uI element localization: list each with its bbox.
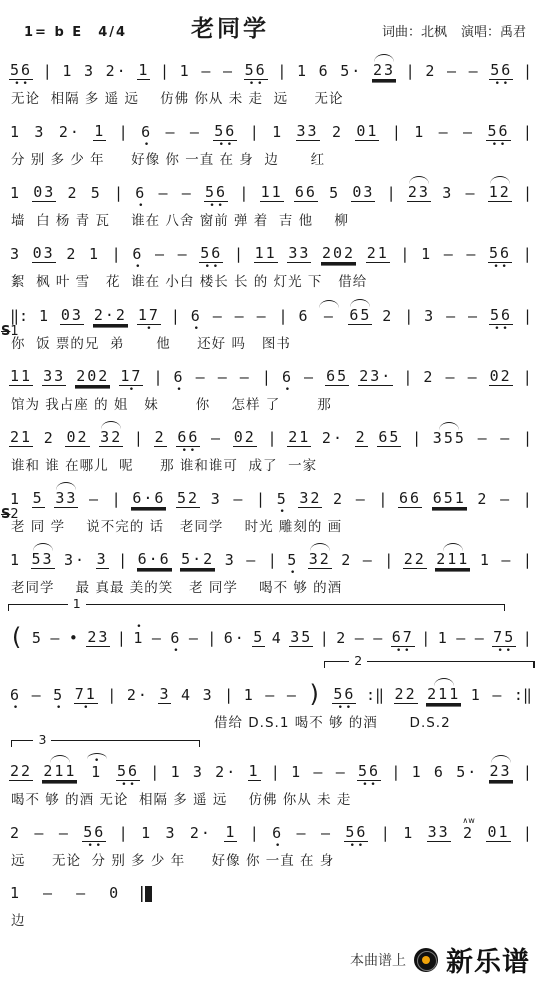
notation-line: 1533—|6·6523—|5•322—|666512—| <box>9 479 533 517</box>
note-token: 3 <box>224 541 237 578</box>
note-token: 6• <box>134 174 147 211</box>
volta-label: 3 <box>33 733 51 746</box>
system-3: 10325|6•——56• •|1166503|233—12|墙 白 杨 青 瓦… <box>0 173 540 232</box>
note-token: — <box>245 541 258 578</box>
note-token: — <box>467 297 480 334</box>
system-7: 2120232|266• •—02|212·265|355——|谁和 谁 在哪儿… <box>0 418 540 477</box>
note-token: — <box>362 541 375 578</box>
note-token: ∧w2 <box>462 814 475 851</box>
barline: | <box>522 358 533 395</box>
note-token: 2· <box>321 419 345 456</box>
volta-bracket-1: 1 <box>8 604 505 614</box>
lyric-line: 絮 枫 叶 雪 花 谁在 小白 楼长 长 的 灯光 下 借给 <box>9 272 533 293</box>
note-token: 32 <box>99 418 123 456</box>
note-token: 211 <box>426 675 461 713</box>
note-token: 4 <box>271 619 284 656</box>
note-token: 5• <box>286 541 299 578</box>
note-token: 3 <box>192 753 205 790</box>
note-token: 1 <box>271 113 284 150</box>
note-token: 02 <box>489 357 513 395</box>
segno-icon: S <box>1 324 10 339</box>
note-token: — <box>188 619 201 656</box>
barline: | <box>261 358 272 395</box>
notation-line: (5—•23|•1—6•—|6·5435|2——67• •|1——75• •| <box>9 616 533 656</box>
barline: | <box>522 753 533 790</box>
note-token: 23 <box>489 752 513 790</box>
barline: | <box>402 358 413 395</box>
note-token: 33 <box>427 813 451 851</box>
note-token: 33 <box>287 234 311 272</box>
notation-line: 2——56• •|132·1|6•——56• •|133∧w201| <box>9 813 533 851</box>
note-token: 6• <box>173 358 186 395</box>
note-token: 01 <box>486 813 510 851</box>
lyric-line: 馆为 我占座 的 姐 妹 你 怎样 了 那 <box>9 395 533 416</box>
note-token: 2 <box>331 113 344 150</box>
note-token: 1 <box>411 753 424 790</box>
note-token: 1 <box>479 541 492 578</box>
note-token: 6• <box>140 113 153 150</box>
barline: | <box>118 113 129 150</box>
note-token: •1 <box>87 753 107 790</box>
note-token: 355 <box>432 419 467 456</box>
volta-bracket-3: 3 <box>11 740 200 750</box>
notation-line: 6•—5•71•|2·343|1——)56• •:‖222111—:‖ <box>9 673 533 713</box>
note-token: 11 <box>260 173 284 211</box>
note-token: 2 <box>65 235 78 272</box>
note-token: 6· <box>223 619 247 656</box>
barline: | <box>319 619 330 656</box>
note-token: 53 <box>31 540 55 578</box>
note-token: — <box>468 52 481 89</box>
barline: :‖ <box>513 676 533 713</box>
notation-line: 30321|6•——56• •|113320221|1——56• •| <box>9 234 533 272</box>
note-token: — <box>319 297 339 334</box>
note-token: 56• • <box>244 51 268 89</box>
note-token: 56• • <box>199 234 223 272</box>
note-token: — <box>296 814 309 851</box>
note-token: — <box>195 358 208 395</box>
note-token: 6·6 <box>131 479 166 517</box>
segno-marker: S2 <box>1 507 19 522</box>
barline: | <box>133 419 144 456</box>
note-token: 56• • <box>204 173 228 211</box>
note-token: 6 <box>433 753 446 790</box>
note-token: 56• • <box>116 752 140 790</box>
barline: | <box>411 419 422 456</box>
barline: | <box>206 619 217 656</box>
note-token: — <box>58 814 71 851</box>
note-token: 11 <box>9 357 33 395</box>
note-token: 6• <box>131 235 144 272</box>
barline: | <box>255 480 266 517</box>
barline: | <box>266 419 277 456</box>
note-token: — <box>31 676 44 713</box>
note-token: — <box>158 174 171 211</box>
barline: | <box>278 297 289 334</box>
note-token: 65 <box>377 418 401 456</box>
system-1: 56• •|132·1|1——56• •|165·23|2——56• •|无论 … <box>0 51 540 110</box>
note-token: 5 <box>90 174 103 211</box>
note-token: 02 <box>233 418 257 456</box>
barline: | <box>386 174 397 211</box>
lyric-line: 老 同 学 说不完的 话 老同学 时光 雕刻的 画 <box>9 517 533 538</box>
note-token: — <box>445 358 458 395</box>
note-token: 1 <box>402 814 415 851</box>
note-token: — <box>499 419 512 456</box>
barline: | <box>405 52 416 89</box>
note-token: 6• <box>271 814 284 851</box>
barline: | <box>106 676 117 713</box>
note-token: 1 <box>470 676 483 713</box>
system-2: 132·1|6•——56• •|133201|1——56• •|分 别 多 少 … <box>0 112 540 171</box>
barline: | <box>522 235 533 272</box>
system-5: S1‖:1032·217•|6•———|6—652|3——56• •|你 饭 票… <box>0 296 540 355</box>
note-token: 2· <box>214 753 238 790</box>
note-token: ( <box>9 616 25 656</box>
barline: | <box>149 753 160 790</box>
notation-line: 1——0 <box>9 874 533 911</box>
singer-credit: 演唱：禹君 <box>461 21 526 40</box>
note-token: 1 <box>179 52 192 89</box>
barline: | <box>522 619 533 656</box>
barline: | <box>522 419 533 456</box>
barline: | <box>170 297 181 334</box>
note-token: — <box>189 113 202 150</box>
system-4: 30321|6•——56• •|113320221|1——56• •|絮 枫 叶… <box>0 234 540 293</box>
barline: | <box>420 619 431 656</box>
barline: | <box>522 480 533 517</box>
note-token: 2· <box>189 814 213 851</box>
note-token: — <box>210 419 223 456</box>
note-token: — <box>443 235 456 272</box>
note-token: — <box>286 676 299 713</box>
lyric-line: 边 <box>9 911 533 932</box>
lyric-line: 分 别 多 少 年 好像 你 一直 在 身 边 红 <box>9 150 533 171</box>
note-token: 1 <box>420 235 433 272</box>
barline: | <box>380 814 391 851</box>
credits: 词曲：北枫 演唱：禹君 <box>382 21 526 40</box>
note-token: 52 <box>176 479 200 517</box>
note-token: 5 <box>32 479 45 517</box>
barline: | <box>152 358 163 395</box>
note-token: 2 <box>424 52 437 89</box>
note-token: — <box>212 297 225 334</box>
note-token: 33 <box>296 112 320 150</box>
note-token: 33 <box>54 479 78 517</box>
note-token: — <box>164 113 177 150</box>
note-token: — <box>222 52 235 89</box>
note-token: 2· <box>105 52 129 89</box>
note-token: 3 <box>423 297 436 334</box>
note-token: 2 <box>335 619 348 656</box>
note-token: 5 <box>31 619 44 656</box>
note-token: 3 <box>210 480 223 517</box>
note-token: 56• • <box>488 234 512 272</box>
key-time-signature: 1= b E 4/4 <box>24 21 127 40</box>
note-token: — <box>151 619 164 656</box>
notation-line: 2120232|266• •—02|212·265|355——| <box>9 418 533 456</box>
barline: | <box>377 480 388 517</box>
note-token: 2·2 <box>93 296 128 334</box>
note-token: — <box>464 174 477 211</box>
time-signature: 4/4 <box>98 25 127 40</box>
note-token: — <box>462 113 475 150</box>
note-token: — <box>264 676 277 713</box>
lyric-line: 无论 相隔 多 遥 远 仿佛 你从 未 走 远 无论 <box>9 89 533 110</box>
note-token: 6• <box>169 619 182 656</box>
note-token: 2 <box>67 174 80 211</box>
barline: | <box>522 297 533 334</box>
note-token: 3 <box>202 676 215 713</box>
note-token: 3 <box>158 675 171 713</box>
note-token: — <box>465 235 478 272</box>
note-token: 1 <box>437 619 450 656</box>
note-token: 23· <box>358 357 393 395</box>
system-12: 322211•156• •|132·1|1——56• •|165·23|喝不 够… <box>0 737 540 811</box>
barline: | <box>42 52 53 89</box>
note-token: 5·2 <box>180 540 215 578</box>
note-token: — <box>491 676 504 713</box>
note-token: 2 <box>9 814 22 851</box>
notation-line: 22211•156• •|132·1|1——56• •|165·23| <box>9 752 533 790</box>
barline: | <box>522 174 533 211</box>
note-token: •1 <box>132 619 145 656</box>
note-token: 22 <box>394 675 418 713</box>
note-token: 3· <box>63 541 87 578</box>
note-token: 3 <box>83 52 96 89</box>
barline: | <box>233 235 244 272</box>
note-token: 35 <box>289 618 313 656</box>
note-token: ) <box>307 673 323 713</box>
composer-credit: 词曲：北枫 <box>382 21 447 40</box>
note-token: 5• <box>52 676 65 713</box>
brand-logo-text: 新乐谱 <box>446 940 530 979</box>
note-token: 6 <box>297 297 310 334</box>
note-token: — <box>303 358 316 395</box>
note-token: 2 <box>154 418 167 456</box>
barline: | <box>267 541 278 578</box>
note-token: 65 <box>325 357 349 395</box>
notation-line: 10325|6•——56• •|1166503|233—12| <box>9 173 533 211</box>
note-token: 56• • <box>486 112 510 150</box>
barline: | <box>276 52 287 89</box>
note-token: 71• <box>74 675 98 713</box>
barline: | <box>391 113 402 150</box>
volta-label: 2 <box>349 654 367 667</box>
note-token: 23 <box>372 51 396 89</box>
note-token: 2 <box>43 419 56 456</box>
notation-line: 113320217•|6•———|6•—6523·|2——02| <box>9 357 533 395</box>
note-token <box>141 875 152 911</box>
note-token: 56• • <box>82 813 106 851</box>
note-token: 66• • <box>176 418 200 456</box>
note-token: 6• <box>281 358 294 395</box>
note-token: — <box>446 52 459 89</box>
barline: | <box>238 174 249 211</box>
system-8: S21533—|6·6523—|5•322—|666512—|老 同 学 说不完… <box>0 479 540 538</box>
note-token: 22 <box>403 540 427 578</box>
note-token: 4 <box>180 676 193 713</box>
note-token: — <box>42 874 55 911</box>
note-token: 3 <box>164 814 177 851</box>
note-token: 66 <box>398 479 422 517</box>
barline: | <box>117 541 128 578</box>
note-token: 1 <box>170 753 183 790</box>
note-token: — <box>335 753 348 790</box>
vinyl-record-icon <box>414 948 438 972</box>
note-token: 2 <box>340 541 353 578</box>
note-token: 56• • <box>9 51 33 89</box>
note-token: 56• • <box>489 296 513 334</box>
watermark-footer: 本曲谱上 新乐谱 <box>0 936 540 989</box>
note-token: 202 <box>321 234 356 272</box>
lyric-line: 墙 白 杨 青 瓦 谁在 八舍 窗前 弹 着 吉 他 柳 <box>9 211 533 232</box>
note-token: 21 <box>366 234 390 272</box>
note-token: 67• • <box>391 618 415 656</box>
note-token: 6• <box>9 676 22 713</box>
system-6: 113320217•|6•———|6•—6523·|2——02|馆为 我占座 的… <box>0 357 540 416</box>
note-token: 3 <box>9 235 22 272</box>
barline: | <box>111 480 122 517</box>
note-token: — <box>467 358 480 395</box>
note-token: 6• <box>190 297 203 334</box>
note-token: — <box>200 52 213 89</box>
note-token: 3 <box>33 113 46 150</box>
note-token: 1 <box>224 813 237 851</box>
barline: | <box>522 814 533 851</box>
note-token: 1 <box>140 814 153 851</box>
lyric-line: 你 饭 票的兄 弟 他 还好 吗 图书 <box>9 334 533 355</box>
barline: | <box>159 52 170 89</box>
barline: | <box>522 113 533 150</box>
barline: | <box>113 174 124 211</box>
note-token: 12 <box>488 173 512 211</box>
barline: | <box>249 814 260 851</box>
note-token: — <box>312 753 325 790</box>
note-token: 6 <box>318 52 331 89</box>
note-token: — <box>49 619 62 656</box>
system-13: 2——56• •|132·1|6•——56• •|133∧w201|远 无论 分… <box>0 813 540 872</box>
barline: | <box>390 753 401 790</box>
note-token: 02 <box>65 418 89 456</box>
note-token: 1 <box>248 752 261 790</box>
note-token: — <box>445 297 458 334</box>
note-token: 21 <box>9 418 33 456</box>
note-token: 03 <box>32 173 56 211</box>
note-token: 3 <box>441 174 454 211</box>
segno-marker: S1 <box>1 324 19 339</box>
barline: | <box>399 235 410 272</box>
note-token: 32 <box>308 540 332 578</box>
barline: | <box>249 113 260 150</box>
note-token: 11 <box>254 234 278 272</box>
barline: | <box>522 541 533 578</box>
note-token: 2· <box>58 113 82 150</box>
note-token: 202 <box>75 357 110 395</box>
score-header: 1= b E 4/4 老同学 词曲：北枫 演唱：禹君 <box>0 6 540 49</box>
note-token: — <box>256 297 269 334</box>
note-token: — <box>234 297 247 334</box>
note-token: 1 <box>137 51 150 89</box>
note-token: — <box>88 480 101 517</box>
note-token: — <box>355 480 368 517</box>
barline: | <box>403 297 414 334</box>
lyric-line: 借给 D.S.1 喝不 够 的酒 D.S.2 <box>9 713 533 734</box>
note-token: — <box>177 235 190 272</box>
note-token: — <box>354 619 367 656</box>
note-token: 2 <box>476 480 489 517</box>
note-token: 56• • <box>213 112 237 150</box>
note-token: — <box>438 113 451 150</box>
notation-line: ‖:1032·217•|6•———|6—652|3——56• •| <box>9 296 533 334</box>
note-token: 1 <box>38 297 51 334</box>
note-token: 6·6 <box>137 540 172 578</box>
note-token: 23 <box>407 173 431 211</box>
note-token: 211 <box>435 540 470 578</box>
note-token: 5· <box>455 753 479 790</box>
system-14: 1——0边 <box>0 874 540 932</box>
note-token: 1 <box>9 874 22 911</box>
note-token: 1 <box>88 235 101 272</box>
note-token: 0 <box>108 874 121 911</box>
note-token: 1 <box>93 112 106 150</box>
note-token: 5 <box>252 618 265 656</box>
note-token: 1 <box>9 174 22 211</box>
barline: | <box>116 619 127 656</box>
note-token: — <box>500 541 513 578</box>
lyric-line: 远 无论 分 别 多 少 年 好像 你 一直 在 身 <box>9 851 533 872</box>
note-token: 32 <box>298 479 322 517</box>
system-11: 26•—5•71•|2·343|1——)56• •:‖222111—:‖ 借给 … <box>0 658 540 734</box>
note-token: 1 <box>290 753 303 790</box>
note-token: 01 <box>355 112 379 150</box>
note-token: — <box>33 814 46 851</box>
sheet-music-page: 1= b E 4/4 老同学 词曲：北枫 演唱：禹君 56• •|132·1|1… <box>0 0 540 989</box>
note-token: 2 <box>422 358 435 395</box>
notation-line: 132·1|6•——56• •|133201|1——56• •| <box>9 112 533 150</box>
note-token: — <box>217 358 230 395</box>
note-token: 2 <box>332 480 345 517</box>
note-token: 211 <box>42 752 77 790</box>
note-token: — <box>239 358 252 395</box>
note-token: 17• <box>137 296 161 334</box>
barline: | <box>522 52 533 89</box>
barline: | <box>111 235 122 272</box>
note-token: 5• <box>276 480 289 517</box>
note-token: 22 <box>9 752 33 790</box>
lyric-line: 喝不 够 的酒 无论 相隔 多 遥 远 仿佛 你从 未 走 <box>9 790 533 811</box>
note-token: — <box>75 874 88 911</box>
note-token: 66 <box>294 173 318 211</box>
note-token: 65 <box>348 296 372 334</box>
notation-line: 56• •|132·1|1——56• •|165·23|2——56• •| <box>9 51 533 89</box>
segno-icon: S <box>1 507 10 522</box>
note-token: 1 <box>9 113 22 150</box>
note-token: 33 <box>42 357 66 395</box>
note-token: — <box>499 480 512 517</box>
barline: :‖ <box>365 676 385 713</box>
barline: | <box>383 541 394 578</box>
note-token: 56• • <box>332 675 356 713</box>
final-barline <box>141 886 152 902</box>
note-token: 1 <box>61 52 74 89</box>
volta-label: 1 <box>68 597 86 610</box>
note-token: — <box>320 814 333 851</box>
note-token: — <box>455 619 468 656</box>
notation-area: 56• •|132·1|1——56• •|165·23|2——56• •|无论 … <box>0 49 540 936</box>
lyric-line: 谁和 谁 在哪儿 呢 那 谁和谁可 成了 一家 <box>9 456 533 477</box>
note-token: — <box>477 419 490 456</box>
